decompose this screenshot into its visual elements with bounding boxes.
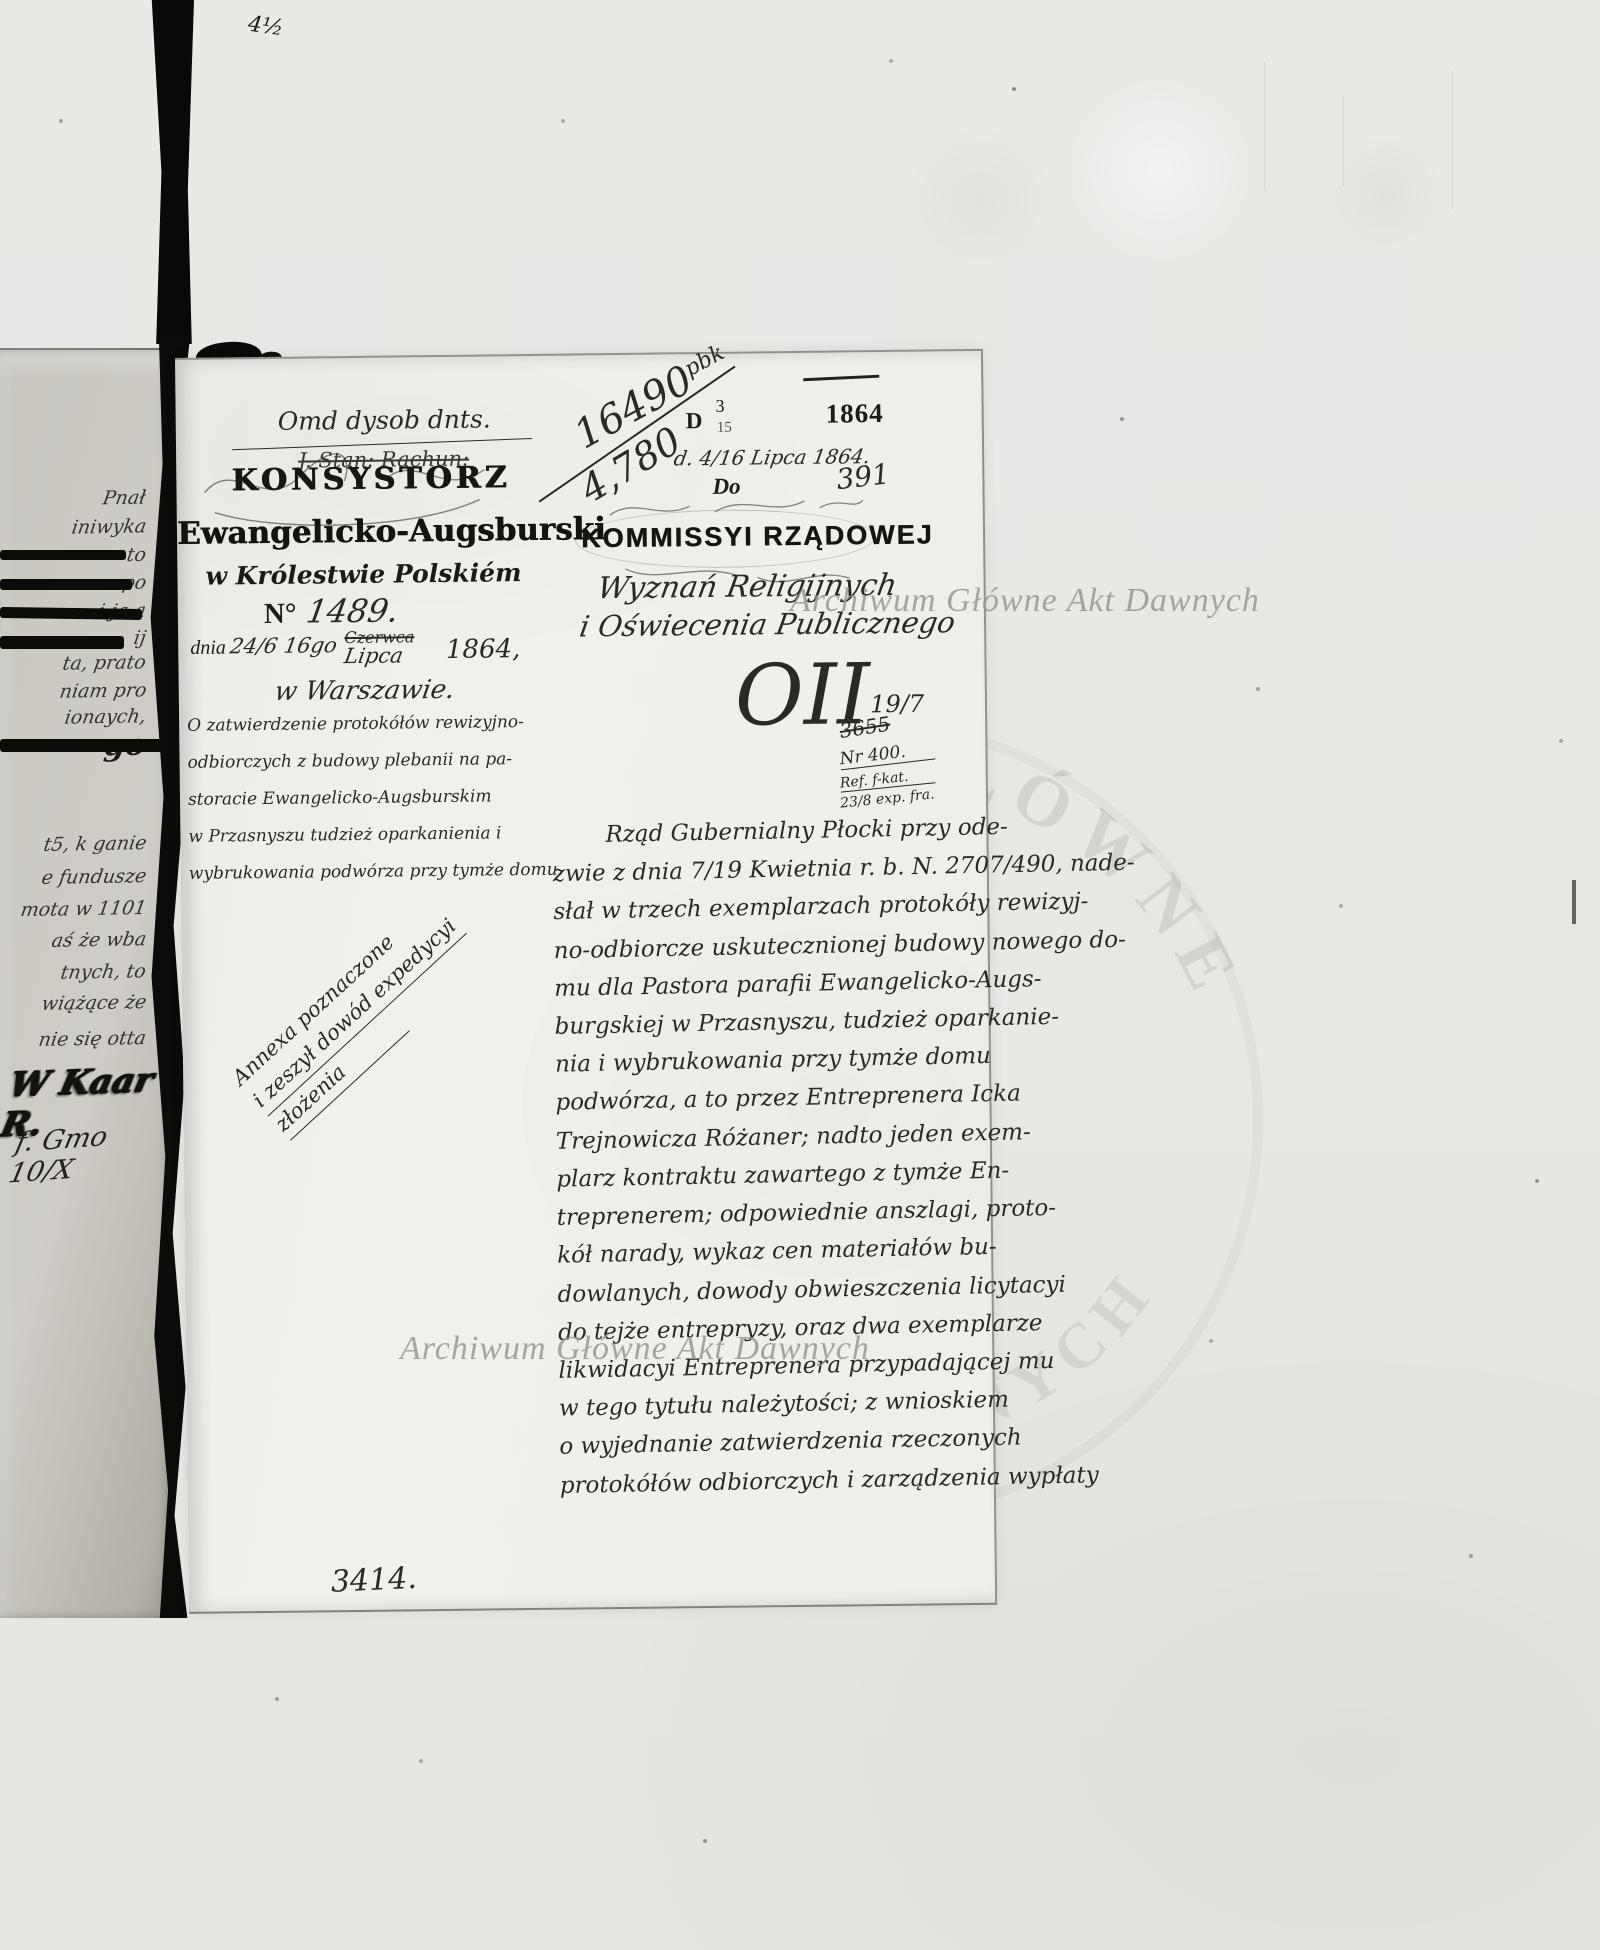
left-page-text-fragment: niam pro [58, 679, 148, 703]
left-page-text-fragment: ionaych, [63, 705, 147, 728]
letterhead-org-line3: w Królestwie Polskiém [205, 559, 467, 591]
printed-year: 1864 [826, 398, 884, 430]
body-line: kół narady, wykaz cen materiałów bu- [557, 1234, 997, 1269]
left-page-text-fragment: tnych, to [59, 960, 147, 983]
archive-watermark-text: Archiwum Główne Akt Dawnych [790, 582, 1260, 620]
body-line: nia i wybrukowania przy tymże domu [555, 1043, 991, 1078]
ink-redaction-bar [0, 550, 126, 560]
scanned-archive-document: 4½ Pnał iniwyka to nurpo i ja a ij ta, p… [0, 0, 1600, 1950]
body-line: burgskiej w Przasnyszu, tudzież oparkani… [554, 1004, 1059, 1040]
ink-dash [803, 375, 879, 382]
subject-line: odbiorczych z budowy plebanii na pa- [187, 749, 512, 773]
archive-watermark-text: Archiwum Główne Akt Dawnych [400, 1330, 870, 1368]
left-page-text-fragment: aś że wba [50, 928, 148, 952]
dust-specks [0, 0, 2, 2]
clerk-note: Omd dysob dnts. [278, 404, 491, 435]
film-scratch [1452, 70, 1453, 210]
subject-line: O zatwierdzenie protokółów rewizyjno- [187, 712, 524, 736]
body-line: podwórza, a to przez Entreprenera Icka [555, 1080, 1021, 1115]
letterhead-org-line2: Ewangelicko-Augsburski [177, 512, 499, 552]
place-line: w Warszawie. [272, 675, 457, 707]
body-line: plarz kontraktu zawartego z tymże En- [556, 1158, 1009, 1193]
left-page-text-fragment: ij [132, 627, 147, 649]
left-page-text-fragment: ta, prato [61, 651, 147, 674]
diagonal-marginal-note: Annexa poznaczone i zeszył dowód expedyc… [226, 887, 490, 1141]
ink-redaction-bar [0, 739, 170, 752]
number-label: N° [264, 598, 297, 630]
body-line: Rząd Gubernialny Płocki przy ode- [605, 814, 1008, 848]
number-value: 1489. [303, 591, 401, 630]
printed-form-d: D [686, 408, 703, 434]
subject-line: storacie Ewangelicko-Augsburskim [188, 786, 492, 809]
reference-box: 3655 Nr 400. Ref. f-kat. 23/8 exp. fra. [839, 711, 935, 807]
left-page-text-fragment: mota w 1101 [19, 897, 148, 921]
film-scratch [1264, 62, 1265, 190]
date-line: dnia 24/6 16go Czerwca Lipca 1864, [190, 628, 520, 669]
left-page-fragment: Pnał iniwyka to nurpo i ja a ij ta, prat… [0, 348, 172, 1618]
left-page-text-fragment: Pnał [102, 487, 148, 510]
date-printed-label: dnia [190, 637, 226, 659]
date-year: 1864, [446, 634, 521, 665]
body-line: mu dla Pastora parafii Ewangelicko-Augs- [554, 966, 1042, 1002]
printed-form-15: 15 [717, 420, 732, 437]
printed-form-3: 3 [715, 396, 724, 417]
letterhead-title: KONSYSTORZ [231, 461, 453, 499]
body-line: o wyjednanie zatwierdzenia rzeczonych [559, 1424, 1022, 1459]
date-day: 24/6 16go [228, 633, 339, 658]
page-number: 3414. [330, 1561, 417, 1600]
reference-nr: Nr 400. [839, 739, 935, 771]
body-line: Trejnowicza Różaner; nadto jeden exem- [556, 1119, 1031, 1155]
body-line: dowlanych, dowody obwieszczenia licytacy… [557, 1272, 1066, 1308]
document-page: Omd dysob dnts. J. Stan: Rachun: KONSYST… [175, 349, 997, 1614]
left-page-text-fragment: iniwyka [70, 515, 148, 538]
left-page-text-fragment: t5, k ganie [42, 832, 148, 856]
ink-redaction-bar [0, 607, 142, 620]
folio-number: 391 [835, 457, 892, 496]
signature-flourish: f. Gmo 10/X [6, 1117, 180, 1190]
date-month: Lipca [343, 645, 416, 667]
left-page-text-fragment: to [125, 544, 148, 566]
subject-line: wybrukowania podwórza przy tymże domu. [189, 860, 563, 884]
document-number-line: N° 1489. [264, 591, 399, 631]
film-scratch [1343, 96, 1344, 186]
subject-line: w Przasnyszu tudzież oparkanienia i [188, 823, 501, 847]
ink-redaction-bar [0, 579, 132, 590]
recipient-title: KOMMISSYI RZĄDOWEJ [581, 520, 871, 554]
ink-redaction-bar [0, 636, 124, 649]
edge-mark [1572, 880, 1576, 924]
marginal-note-line: i zeszył dowód expedycyi [246, 909, 467, 1116]
left-page-text-fragment: nie się otta [37, 1027, 148, 1051]
body-line: w tego tytułu należytości; z wnioskiem [559, 1387, 1009, 1422]
subject-paragraph: O zatwierdzenie protokółów rewizyjno- od… [175, 351, 981, 360]
body-line: treprenerem; odpowiednie anszlagi, proto… [557, 1195, 1057, 1231]
left-page-text-fragment: e fundusze [40, 865, 148, 889]
body-text: Rząd Gubernialny Płocki przy ode- zwie z… [175, 351, 981, 360]
corner-mark: 4½ [246, 12, 284, 42]
left-page-text-fragment: wiążące że [40, 991, 148, 1015]
binding-bar-top [150, 0, 194, 344]
